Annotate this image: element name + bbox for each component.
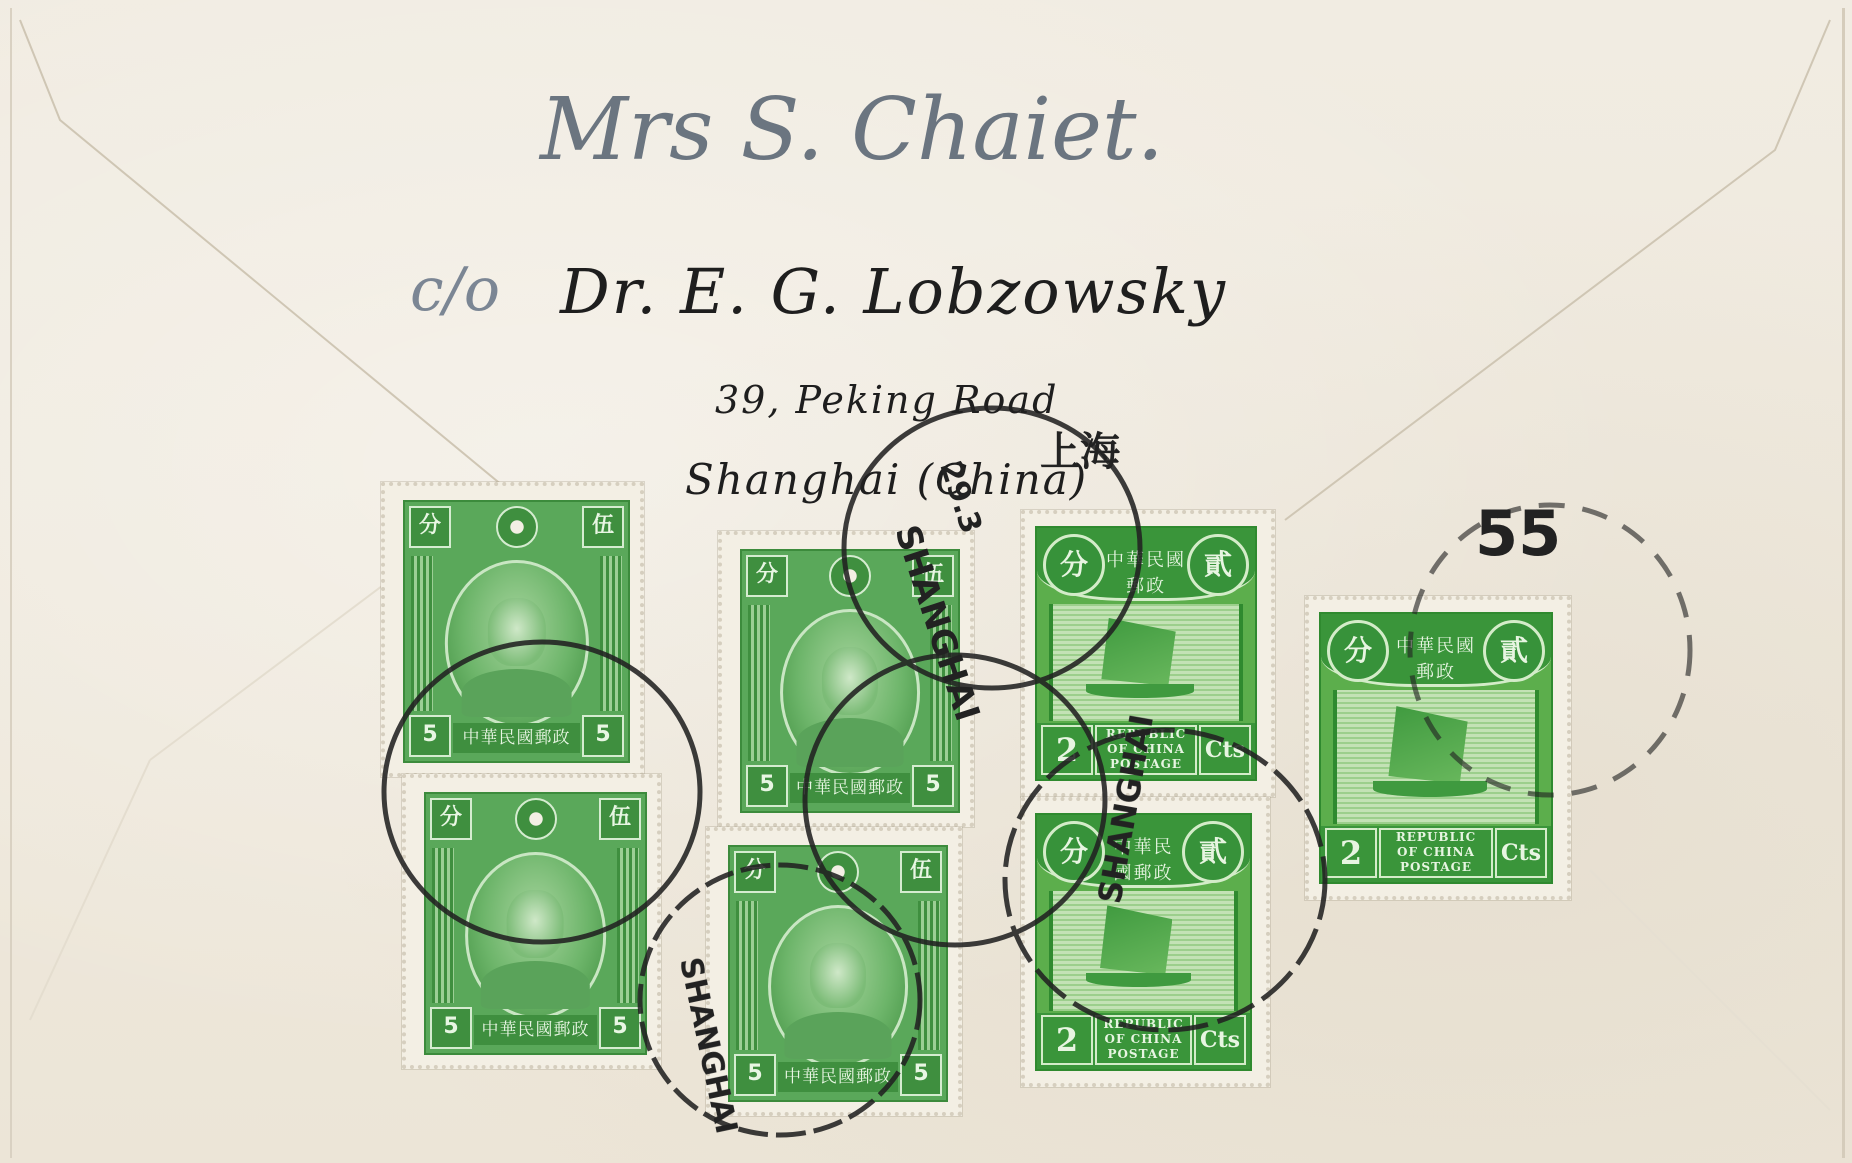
postmark-city: SHANGHAI: [886, 520, 987, 725]
postmark-number: 55: [1475, 497, 1561, 570]
postmark-date: 29.3: [932, 457, 988, 538]
postmark-city: SHANGHAI: [672, 954, 743, 1137]
postmarks: 55 29.3 SHANGHAI SHANGHAI SHANGHAI 上海: [0, 0, 1852, 1163]
postmark-chinese: 上海: [1040, 429, 1120, 475]
